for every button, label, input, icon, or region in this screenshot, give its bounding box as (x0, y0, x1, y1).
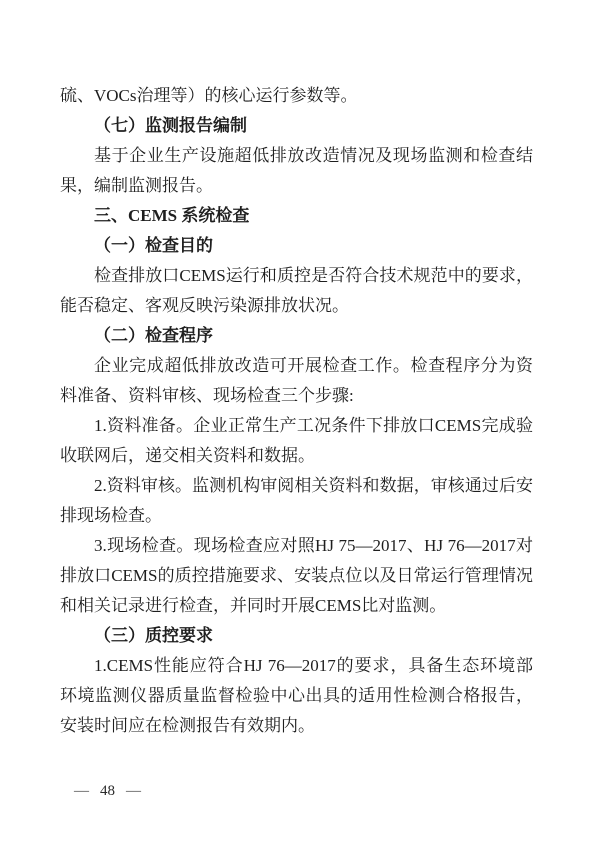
body-paragraph: 硫、VOCs治理等）的核心运行参数等。 (60, 81, 533, 111)
document-body: 硫、VOCs治理等）的核心运行参数等。 （七）监测报告编制 基于企业生产设施超低… (60, 81, 533, 741)
section-heading-7: （七）监测报告编制 (60, 111, 533, 141)
footer-right-dash: — (126, 783, 141, 799)
body-paragraph: 企业完成超低排放改造可开展检查工作。检查程序分为资料准备、资料审核、现场检查三个… (60, 351, 533, 411)
section-heading-1: （一）检查目的 (60, 231, 533, 261)
body-paragraph: 1.CEMS性能应符合HJ 76—2017的要求，具备生态环境部环境监测仪器质量… (60, 651, 533, 741)
body-paragraph-step-2: 2.资料审核。监测机构审阅相关资料和数据，审核通过后安排现场检查。 (60, 471, 533, 531)
section-heading-2: （二）检查程序 (60, 321, 533, 351)
footer-left-dash: — (74, 783, 89, 799)
section-heading-3: （三）质控要求 (60, 621, 533, 651)
page-footer: —48— (74, 781, 141, 801)
body-paragraph: 基于企业生产设施超低排放改造情况及现场监测和检查结果，编制监测报告。 (60, 141, 533, 201)
chapter-heading-3-cems: 三、CEMS 系统检查 (60, 201, 533, 231)
body-paragraph-step-1: 1.资料准备。企业正常生产工况条件下排放口CEMS完成验收联网后，递交相关资料和… (60, 411, 533, 471)
document-page: 硫、VOCs治理等）的核心运行参数等。 （七）监测报告编制 基于企业生产设施超低… (0, 0, 600, 848)
page-number: 48 (100, 783, 115, 799)
body-paragraph: 检查排放口CEMS运行和质控是否符合技术规范中的要求，能否稳定、客观反映污染源排… (60, 261, 533, 321)
body-paragraph-step-3: 3.现场检查。现场检查应对照HJ 75—2017、HJ 76—2017对排放口C… (60, 531, 533, 621)
